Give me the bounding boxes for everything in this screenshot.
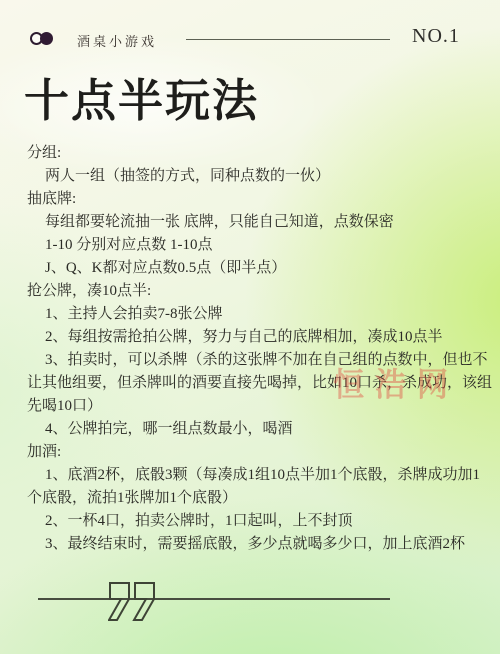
rule-line: 加酒:: [27, 441, 489, 464]
rule-line: 每组都要轮流抽一张 底牌，只能自己知道，点数保密: [27, 211, 489, 234]
rule-line: 2、每组按需抢拍公牌，努力与自己的底牌相加，凑成10点半: [27, 326, 489, 349]
rule-line: 分组:: [27, 142, 489, 165]
closing-quotes-icon: [108, 581, 166, 623]
footer-divider: [38, 598, 390, 600]
rule-line: 个底骰，流拍1张牌加1个底骰）: [27, 487, 489, 510]
rule-line: 抽底牌:: [27, 188, 489, 211]
brand-label: 酒桌小游戏: [77, 31, 157, 50]
rule-line: 1-10 分别对应点数 1-10点: [27, 234, 489, 257]
page-title: 十点半玩法: [24, 64, 259, 129]
rule-line: 1、主持人会拍卖7-8张公牌: [27, 303, 489, 326]
rule-line: 抢公牌，凑10点半:: [27, 280, 489, 303]
rule-line: J、Q、K都对应点数0.5点（即半点）: [27, 257, 489, 280]
rule-line: 4、公牌拍完，哪一组点数最小，喝酒: [27, 418, 489, 441]
rule-line: 3、最终结束时，需要摇底骰，多少点就喝多少口，加上底酒2杯: [27, 533, 489, 556]
watermark: 恒浩网: [333, 358, 459, 405]
rules-text: 分组:两人一组（抽签的方式，同种点数的一伙）抽底牌:每组都要轮流抽一张 底牌，只…: [27, 142, 489, 556]
rule-line: 2、一杯4口，拍卖公牌时，1口起叫，上不封顶: [27, 510, 489, 533]
filled-circle-icon: [40, 32, 53, 45]
issue-number: NO.1: [412, 25, 460, 48]
rule-line: 两人一组（抽签的方式，同种点数的一伙）: [27, 165, 489, 188]
rules-card: 酒桌小游戏 NO.1 十点半玩法 分组:两人一组（抽签的方式，同种点数的一伙）抽…: [0, 0, 500, 654]
two-circles-icon: [30, 32, 56, 46]
header-divider: [186, 39, 390, 40]
rule-line: 1、底酒2杯，底骰3颗（每凑成1组10点半加1个底骰，杀牌成功加1: [27, 464, 489, 487]
